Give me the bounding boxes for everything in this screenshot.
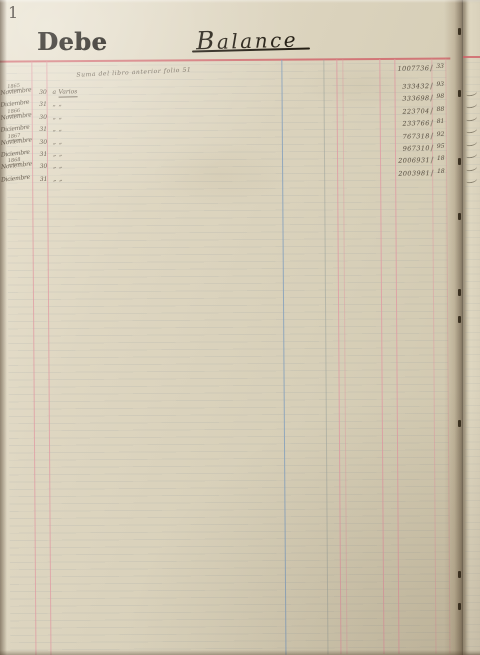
entry-prefix: „ — [53, 138, 56, 145]
entry-prefix: „ — [53, 126, 56, 133]
binding-stitch — [458, 289, 461, 296]
binding-stitch — [458, 158, 461, 165]
page-edge-shadow — [0, 0, 7, 655]
amount-value: 1007736 — [397, 63, 432, 73]
entry-detail: „ — [59, 175, 62, 182]
day-number: 31 — [36, 151, 51, 158]
facing-page-sliver — [463, 0, 480, 655]
entry-prefix: „ — [53, 175, 56, 182]
day-number: 30 — [36, 163, 51, 170]
ledger-page-photo: 1 Debe Balance Suma del libro anterior f… — [0, 0, 480, 655]
binding-stitch — [458, 571, 461, 578]
binding-stitch — [458, 603, 461, 610]
ledger-left-page: 1 Debe Balance Suma del libro anterior f… — [0, 0, 452, 655]
entry-detail: „ — [59, 151, 62, 158]
binding-stitch — [458, 316, 461, 323]
binding-stitch — [458, 90, 461, 97]
binding-stitch — [458, 420, 461, 427]
entry-detail: Varios — [58, 88, 77, 97]
entry-detail: „ — [59, 113, 62, 120]
amount-value: 967310 — [403, 143, 433, 153]
entry-prefix: „ — [53, 101, 56, 108]
ledger-row-opening: Suma del libro anterior folio 51 1007736… — [4, 63, 452, 84]
day-number: 30 — [36, 138, 51, 145]
entry-prefix: „ — [53, 151, 56, 158]
facing-feint-lines — [465, 62, 480, 651]
day-number: 30 — [35, 89, 50, 96]
amount-value: 333432 — [402, 81, 432, 91]
amount-value: 2006931 — [398, 155, 433, 165]
entry-detail: „ — [59, 101, 62, 108]
amount-value: 333698 — [402, 93, 432, 103]
binding-gutter — [444, 0, 463, 655]
entry-prefix: „ — [53, 113, 56, 120]
entry-detail: „ — [59, 138, 62, 145]
binding-stitch — [458, 213, 461, 220]
entry-prefix: „ — [53, 163, 56, 170]
amount-value: 223704 — [402, 106, 432, 116]
entry-detail: „ — [59, 163, 62, 170]
day-number: 30 — [36, 114, 51, 121]
amount-value: 2003981 — [398, 168, 433, 178]
amount-value: 233766 — [402, 118, 432, 128]
opening-description: Suma del libro anterior folio 51 — [76, 66, 191, 78]
entry-detail: „ — [59, 126, 62, 133]
day-number: 31 — [36, 176, 51, 183]
day-number: 31 — [36, 126, 51, 133]
ledger-entries: Suma del libro anterior folio 51 1007736… — [4, 0, 457, 655]
entry-prefix: a — [52, 89, 56, 96]
day-number: 31 — [36, 101, 51, 108]
facing-header-rule — [463, 56, 480, 58]
binding-stitch — [458, 28, 461, 35]
page-edge-shadow — [0, 650, 480, 655]
page-edge-highlight — [0, 0, 480, 3]
amount-value: 767318 — [402, 131, 432, 141]
